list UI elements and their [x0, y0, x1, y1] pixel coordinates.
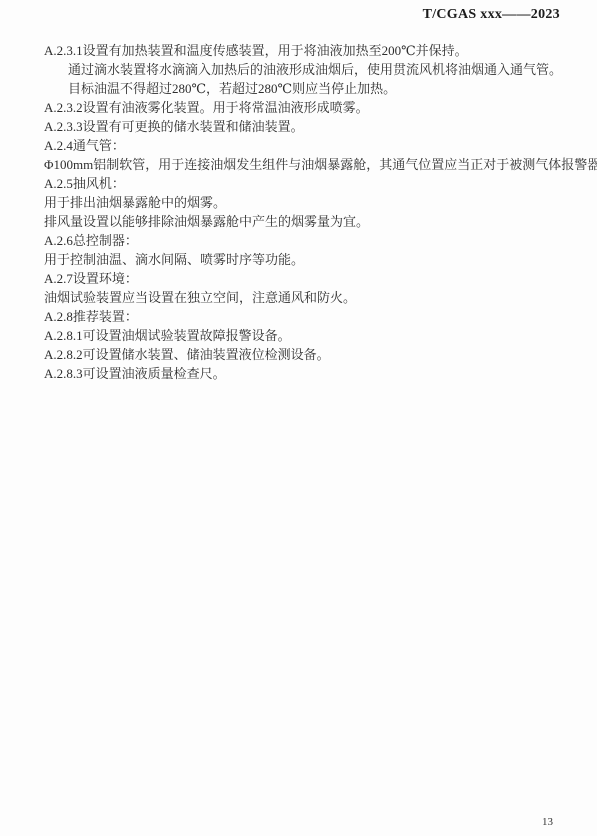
text-line: A.2.7设置环境：: [44, 269, 560, 288]
text-line: Φ100mm铝制软管，用于连接油烟发生组件与油烟暴露舱，其通气位置应当正对于被测…: [44, 155, 560, 174]
text-line: 排风量设置以能够排除油烟暴露舱中产生的烟雾量为宜。: [44, 212, 560, 231]
text-line: A.2.3.3设置有可更换的储水装置和储油装置。: [44, 117, 560, 136]
text-line: 油烟试验装置应当设置在独立空间，注意通风和防火。: [44, 288, 560, 307]
text-line: 用于排出油烟暴露舱中的烟雾。: [44, 193, 560, 212]
text-line: A.2.5抽风机：: [44, 174, 560, 193]
document-body: A.2.3.1设置有加热装置和温度传感装置，用于将油液加热至200℃并保持。通过…: [44, 41, 560, 383]
text-line: A.2.8推荐装置：: [44, 307, 560, 326]
document-page: T/CGAS xxx——2023 A.2.3.1设置有加热装置和温度传感装置，用…: [0, 0, 597, 836]
text-line: A.2.3.2设置有油液雾化装置。用于将常温油液形成喷雾。: [44, 98, 560, 117]
text-line: 通过滴水装置将水滴滴入加热后的油液形成油烟后，使用贯流风机将油烟通入通气管。: [44, 60, 560, 79]
text-line: A.2.8.2可设置储水装置、储油装置液位检测设备。: [44, 345, 560, 364]
text-line: 目标油温不得超过280℃，若超过280℃则应当停止加热。: [44, 79, 560, 98]
page-number: 13: [542, 816, 553, 828]
text-line: A.2.3.1设置有加热装置和温度传感装置，用于将油液加热至200℃并保持。: [44, 41, 560, 60]
standard-number: T/CGAS xxx——2023: [423, 7, 560, 22]
text-line: A.2.8.3可设置油液质量检查尺。: [44, 364, 560, 383]
text-line: A.2.4通气管：: [44, 136, 560, 155]
text-line: A.2.8.1可设置油烟试验装置故障报警设备。: [44, 326, 560, 345]
text-line: 用于控制油温、滴水间隔、喷雾时序等功能。: [44, 250, 560, 269]
page-header: T/CGAS xxx——2023: [0, 7, 560, 23]
text-line: A.2.6总控制器：: [44, 231, 560, 250]
page-footer: 13: [542, 816, 553, 828]
